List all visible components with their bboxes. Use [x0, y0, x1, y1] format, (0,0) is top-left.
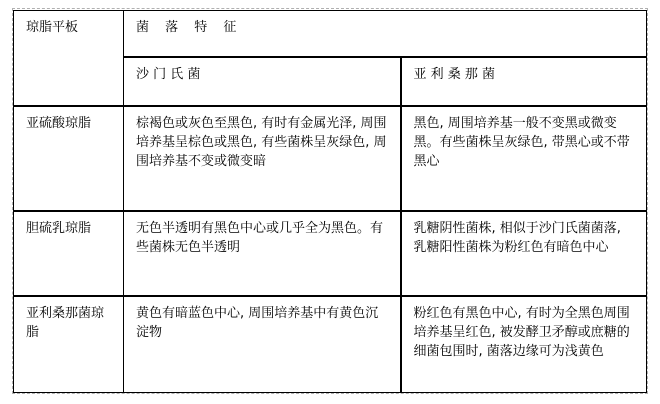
- table-row: 亚利桑那菌琼脂 黄色有暗蓝色中心, 周围培养基中有黄色沉淀物 粉红色有黑色中心,…: [14, 296, 647, 393]
- plate-cell: 亚硫酸琼脂: [14, 106, 124, 211]
- arizona-cell: 黑色, 周围培养基一般不变黑或微变黑。有些菌株呈灰绿色, 带黑心或不带黑心: [401, 106, 647, 211]
- header-group-label: 菌 落 特 征: [136, 20, 242, 35]
- header-plate-cell: 琼脂平板: [14, 11, 124, 106]
- colony-characteristics-table: 琼脂平板 菌 落 特 征 沙 门 氏 菌 亚 利 桑 那 菌 亚硫酸琼脂 棕褐色…: [13, 10, 647, 393]
- table-row: 胆硫乳琼脂 无色半透明有黑色中心或几乎全为黑色。有些菌株无色半透明 乳糖阴性菌株…: [14, 211, 647, 296]
- header-group-cell: 菌 落 特 征: [124, 11, 647, 57]
- salmonella-cell: 棕褐色或灰色至黑色, 有时有金属光泽, 周围培养基呈棕色或黑色, 有些菌株呈灰绿…: [124, 106, 401, 211]
- header-row-1: 琼脂平板 菌 落 特 征: [14, 11, 647, 57]
- header-salmonella-label: 沙 门 氏 菌: [136, 67, 200, 82]
- header-plate-label: 琼脂平板: [26, 20, 78, 35]
- salmonella-cell: 黄色有暗蓝色中心, 周围培养基中有黄色沉淀物: [124, 296, 401, 393]
- arizona-cell: 粉红色有黑色中心, 有时为全黑色周围培养基呈红色, 被发酵卫矛醇或庶糖的细菌包围…: [401, 296, 647, 393]
- arizona-cell: 乳糖阴性菌株, 相似于沙门氏菌菌落, 乳糖阳性菌株为粉红色有暗色中心: [401, 211, 647, 296]
- plate-cell: 胆硫乳琼脂: [14, 211, 124, 296]
- table-row: 亚硫酸琼脂 棕褐色或灰色至黑色, 有时有金属光泽, 周围培养基呈棕色或黑色, 有…: [14, 106, 647, 211]
- header-arizona-label: 亚 利 桑 那 菌: [414, 67, 496, 82]
- header-salmonella-cell: 沙 门 氏 菌: [124, 57, 401, 106]
- salmonella-cell: 无色半透明有黑色中心或几乎全为黑色。有些菌株无色半透明: [124, 211, 401, 296]
- plate-cell: 亚利桑那菌琼脂: [14, 296, 124, 393]
- header-arizona-cell: 亚 利 桑 那 菌: [401, 57, 647, 106]
